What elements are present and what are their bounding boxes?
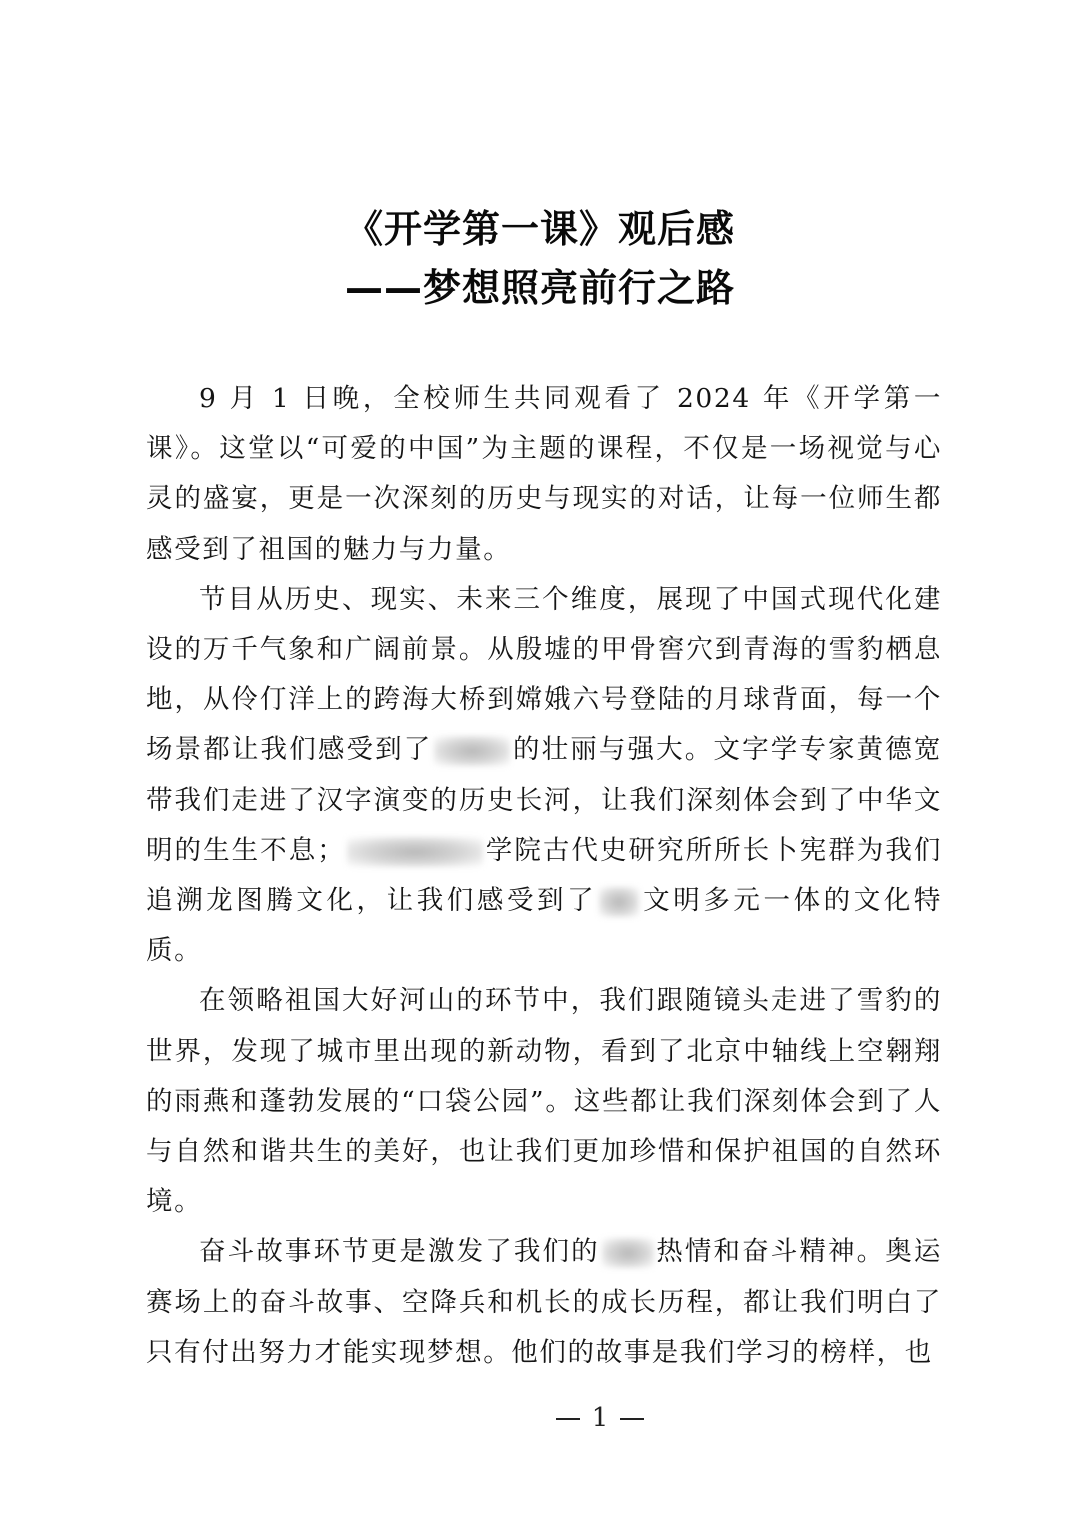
paragraph: 节目从历史、现实、未来三个维度，展现了中国式现代化建设的万千气象和广阔前景。从殷… <box>146 575 942 977</box>
paragraph-text: 9 月 1 日晚，全校师生共同观看了 2024 年《开学第一课》。这堂以“可爱的… <box>146 383 942 565</box>
document-subtitle: ——梦想照亮前行之路 <box>0 257 1080 312</box>
paragraph-text: 在领略祖国大好河山的环节中，我们跟随镜头走进了雪豹的世界，发现了城市里出现的新动… <box>146 985 942 1217</box>
paragraph-text: 奋斗故事环节更是激发了我们的 <box>199 1236 600 1267</box>
page-dash-right <box>620 1418 644 1420</box>
paragraph: 在领略祖国大好河山的环节中，我们跟随镜头走进了雪豹的世界，发现了城市里出现的新动… <box>146 976 942 1227</box>
page-dash-left <box>556 1418 580 1420</box>
paragraph: 9 月 1 日晚，全校师生共同观看了 2024 年《开学第一课》。这堂以“可爱的… <box>146 374 942 575</box>
redacted-text <box>602 1238 654 1268</box>
paragraph: 奋斗故事环节更是激发了我们的热情和奋斗精神。奥运赛场上的奋斗故事、空降兵和机长的… <box>146 1227 942 1378</box>
document-body: 9 月 1 日晚，全校师生共同观看了 2024 年《开学第一课》。这堂以“可爱的… <box>146 374 942 1378</box>
page-number: 1 <box>592 1403 609 1433</box>
document-title: 《开学第一课》观后感 <box>0 198 1080 253</box>
page-footer: 1 <box>0 1403 1080 1433</box>
redacted-text <box>599 887 639 917</box>
redacted-text <box>434 736 510 766</box>
redacted-text <box>347 837 483 867</box>
